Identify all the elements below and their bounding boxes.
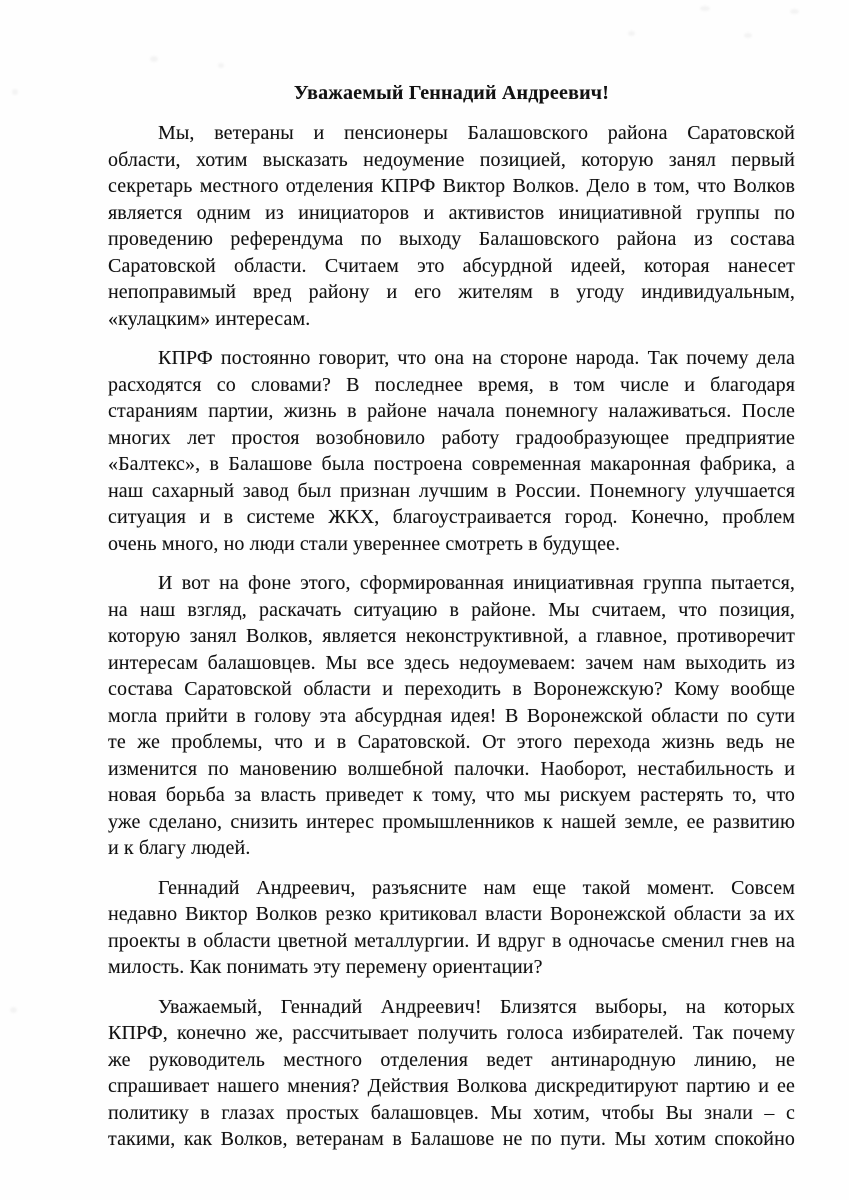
text-line: изменится по мановению волшебной палочки…: [108, 756, 795, 783]
text-line: КПРФ, конечно же, рассчитывает получить …: [108, 1020, 795, 1047]
scan-speck: [700, 6, 710, 11]
text-line: недавно Виктор Волков резко критиковал в…: [108, 901, 795, 928]
text-line: проекты в области цветной металлургии. И…: [108, 928, 795, 955]
text-line: секретарь местного отделения КПРФ Виктор…: [108, 173, 795, 200]
text-line: КПРФ постоянно говорит, что она на сторо…: [108, 345, 795, 372]
text-line: «Балтекс», в Балашове была построена сов…: [108, 451, 795, 478]
text-line: политику в глазах простых балашовцев. Мы…: [108, 1100, 795, 1127]
text-line: многих лет простоя возобновило работу гр…: [108, 425, 795, 452]
text-line: очень много, но люди стали увереннее смо…: [108, 531, 795, 558]
text-line: на наш взгляд, раскачать ситуацию в райо…: [108, 597, 795, 624]
text-line: уже сделано, снизить интерес промышленни…: [108, 809, 795, 836]
scan-speck: [790, 9, 799, 14]
text-line: ситуация и в системе ЖКХ, благоустраивае…: [108, 504, 795, 531]
text-line: Саратовской области. Считаем это абсурдн…: [108, 253, 795, 280]
text-line: новая борьба за власть приведет к тому, …: [108, 782, 795, 809]
scan-speck: [12, 89, 18, 95]
letter-body: Мы, ветераны и пенсионеры Балашовского р…: [108, 120, 795, 1153]
paragraph: Мы, ветераны и пенсионеры Балашовского р…: [108, 120, 795, 332]
text-line: является одним из инициаторов и активист…: [108, 200, 795, 227]
scan-speck: [628, 31, 635, 36]
text-line: непоправимый вред району и его жителям в…: [108, 279, 795, 306]
letter-page: Уважаемый Геннадий Андреевич! Мы, ветера…: [0, 0, 849, 1200]
text-line: милость. Как понимать эту перемену ориен…: [108, 954, 795, 981]
paragraph: Уважаемый, Геннадий Андреевич! Близятся …: [108, 994, 795, 1153]
text-line: наш сахарный завод был признан лучшим в …: [108, 478, 795, 505]
text-line: те же проблемы, что и в Саратовской. От …: [108, 729, 795, 756]
text-line: же руководитель местного отделения ведет…: [108, 1047, 795, 1074]
scan-speck: [10, 1007, 17, 1013]
text-line: интересам балашовцев. Мы все здесь недоу…: [108, 650, 795, 677]
text-line: могла прийти в голову эта абсурдная идея…: [108, 703, 795, 730]
text-line: состава Саратовской области и переходить…: [108, 676, 795, 703]
text-line: спрашивает нашего мнения? Действия Волко…: [108, 1073, 795, 1100]
text-line: расходятся со словами? В последнее время…: [108, 372, 795, 399]
text-line: «кулацким» интересам.: [108, 306, 795, 333]
scan-speck: [218, 63, 224, 68]
text-line: Геннадий Андреевич, разъясните нам еще т…: [108, 875, 795, 902]
text-line: такими, как Волков, ветеранам в Балашове…: [108, 1126, 795, 1153]
paragraph: КПРФ постоянно говорит, что она на сторо…: [108, 345, 795, 557]
text-line: стараниям партии, жизнь в районе начала …: [108, 398, 795, 425]
text-line: и к благу людей.: [108, 835, 795, 862]
paragraph: Геннадий Андреевич, разъясните нам еще т…: [108, 875, 795, 981]
text-line: Мы, ветераны и пенсионеры Балашовского р…: [108, 120, 795, 147]
text-line: которую занял Волков, является неконстру…: [108, 623, 795, 650]
text-line: Уважаемый, Геннадий Андреевич! Близятся …: [108, 994, 795, 1021]
text-line: И вот на фоне этого, сформированная иниц…: [108, 570, 795, 597]
letter-title: Уважаемый Геннадий Андреевич!: [108, 80, 795, 106]
text-line: проведению референдума по выходу Балашов…: [108, 226, 795, 253]
scan-speck: [744, 33, 752, 38]
scan-speck: [150, 56, 158, 62]
paragraph: И вот на фоне этого, сформированная иниц…: [108, 570, 795, 862]
text-line: области, хотим высказать недоумение пози…: [108, 147, 795, 174]
